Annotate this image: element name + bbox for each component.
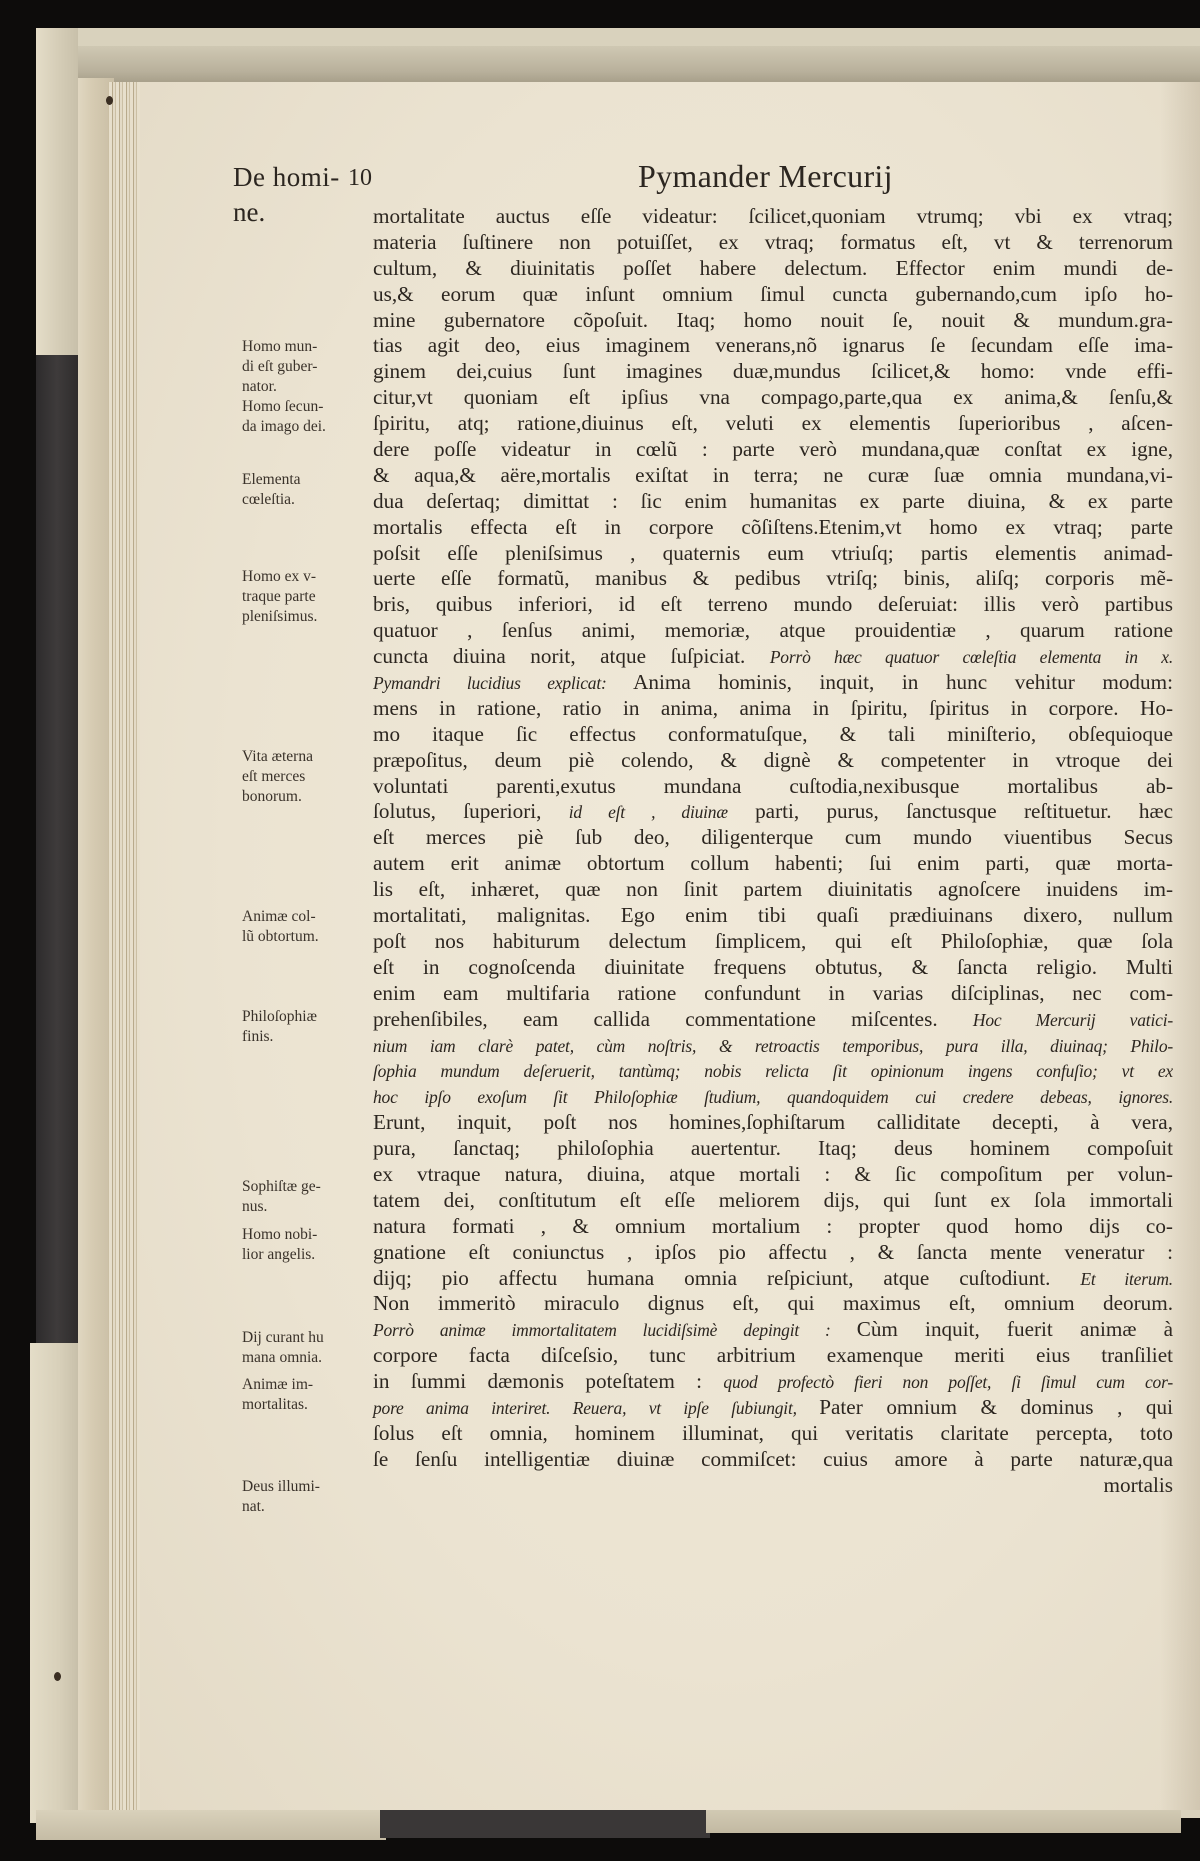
text-line: materia ſuſtinere non potuiſſet, ex vtra… (373, 230, 1173, 256)
margin-note-line: mana omnia. (242, 1348, 362, 1368)
margin-note: Dij curant humana omnia. (242, 1328, 362, 1368)
italic-commentary: Porrò hæc quatuor cœleſtia elementa in x… (770, 647, 1173, 667)
text-line: dijq; pio affectu humana omnia reſpiciun… (373, 1266, 1173, 1292)
stacked-page-edges (108, 82, 142, 1814)
binding-hole (54, 1672, 61, 1681)
text-line: ſolutus, ſuperiori, id eſt , diuinæ part… (373, 799, 1173, 825)
text-segment: dere poſſe videatur in cœlũ : parte verò… (373, 437, 1173, 461)
margin-note: Animæ col-lũ obtortum. (242, 907, 362, 947)
text-line: uerte eſſe formatũ, manibus & pedibus vt… (373, 566, 1173, 592)
margin-note-line: Elementa (242, 470, 362, 490)
text-segment: pura, ſanctaq; philoſophia auertentur. I… (373, 1136, 1173, 1160)
text-segment: mens in ratione, ratio in anima, anima i… (373, 696, 1173, 720)
margin-note-line: nat. (242, 1497, 362, 1517)
text-segment: dijq; pio affectu humana omnia reſpiciun… (373, 1266, 1080, 1290)
text-segment: prehenſibiles, eam callida commentatione… (373, 1007, 973, 1031)
italic-commentary: hoc ipſo exoſum ſit Philoſophiæ ſtudium,… (373, 1087, 1173, 1107)
text-line: in ſummi dæmonis poteſtatem : quod profe… (373, 1369, 1173, 1395)
margin-note-line: Homo nobi- (242, 1225, 362, 1245)
text-line: ex vtraque natura, diuina, atque mortali… (373, 1162, 1173, 1188)
text-segment: autem erit animæ obtortum collum habenti… (373, 851, 1173, 875)
page-title: Pymander Mercurij (638, 158, 893, 195)
text-line: ginem dei,cuius ſunt imagines duæ,mundus… (373, 359, 1173, 385)
italic-commentary: Porrò animæ immortalitatem lucidiſsimè d… (373, 1320, 857, 1340)
text-segment: poſt nos habiturum delectum ſimplicem, q… (373, 929, 1173, 953)
text-line: eſt merces piè ſub deo, diligenterque cu… (373, 825, 1173, 851)
text-segment: corpore facta diſceſsio, tunc arbitrium … (373, 1343, 1173, 1367)
text-segment: eſt in cognoſcenda diuinitate frequens o… (373, 955, 1173, 979)
text-line: ſe ſenſu intelligentiæ diuinæ commiſcet:… (373, 1447, 1173, 1473)
text-segment: in ſummi dæmonis poteſtatem : (373, 1369, 723, 1393)
margin-note: Philoſophiæfinis. (242, 1007, 362, 1047)
italic-commentary: nium iam clarè patet, cùm noſtris, & ret… (373, 1036, 1173, 1056)
margin-note: Deus illumi-nat. (242, 1477, 362, 1517)
italic-commentary: Hoc Mercurij vatici- (973, 1010, 1173, 1030)
margin-note-line: Deus illumi- (242, 1477, 362, 1497)
text-segment: ſolutus, ſuperiori, (373, 799, 569, 823)
margin-note-line: lior angelis. (242, 1245, 362, 1265)
cover-top-edge (70, 46, 1200, 82)
text-segment: tias agit deo, eius imaginem venerans,nõ… (373, 333, 1173, 357)
margin-note: Homo mun-di eſt guber-nator. (242, 337, 362, 397)
margin-note-line: nator. (242, 377, 362, 397)
margin-note-line: bonorum. (242, 787, 362, 807)
text-line: poſt nos habiturum delectum ſimplicem, q… (373, 929, 1173, 955)
text-line: poſsit eſſe pleniſsimus , quaternis eum … (373, 541, 1173, 567)
italic-commentary: id eſt , diuinæ (569, 802, 728, 822)
text-line: autem erit animæ obtortum collum habenti… (373, 851, 1173, 877)
margin-note-line: nus. (242, 1197, 362, 1217)
margin-note: Animæ im-mortalitas. (242, 1375, 362, 1415)
text-line: mine gubernatore cõpoſuit. Itaq; homo no… (373, 308, 1173, 334)
margin-note: Sophiſtæ ge-nus. (242, 1177, 362, 1217)
text-segment: uerte eſſe formatũ, manibus & pedibus vt… (373, 566, 1173, 590)
text-line: ſpiritu, atq; ratione,diuinus eſt, velut… (373, 411, 1173, 437)
italic-commentary: Pymandri lucidius explicat: (373, 673, 633, 693)
text-segment: Pater omnium & dominus , qui (819, 1395, 1173, 1419)
margin-note-line: Homo ex v- (242, 567, 362, 587)
margin-note-line: lũ obtortum. (242, 927, 362, 947)
text-line: voluntati parenti,exutus mundana cuſtodi… (373, 774, 1173, 800)
text-line: Pymandri lucidius explicat: Anima homini… (373, 670, 1173, 696)
text-line: pore anima interiret. Reuera, vt ipſe ſu… (373, 1395, 1173, 1421)
text-segment: Cùm inquit, fuerit animæ à (857, 1317, 1173, 1341)
margin-note-line: pleniſsimus. (242, 607, 362, 627)
margin-note-line: Vita æterna (242, 747, 362, 767)
book-page: De homi- 10 Pymander Mercurij ne. mortal… (140, 82, 1200, 1810)
text-line: Porrò animæ immortalitatem lucidiſsimè d… (373, 1317, 1173, 1343)
text-segment: us,& eorum quæ inſunt omnium ſimul cunct… (373, 282, 1173, 306)
text-line: Non immeritò miraculo dignus eſt, qui ma… (373, 1291, 1173, 1317)
text-segment: enim eam multifaria ratione confundunt i… (373, 981, 1173, 1005)
text-segment: cuncta diuina norit, atque ſuſpiciat. (373, 644, 770, 668)
text-segment: Anima hominis, inquit, in hunc vehitur m… (633, 670, 1173, 694)
text-line: hoc ipſo exoſum ſit Philoſophiæ ſtudium,… (373, 1084, 1173, 1110)
section-label-continued: ne. (233, 197, 265, 228)
text-segment: tatem dei, conſtitutum eſt eſſe meliorem… (373, 1188, 1173, 1212)
text-line: ſophia mundum deſeruerit, tantùmq; nobis… (373, 1058, 1173, 1084)
text-segment: voluntati parenti,exutus mundana cuſtodi… (373, 774, 1173, 798)
text-line: prehenſibiles, eam callida commentatione… (373, 1007, 1173, 1033)
text-segment: ſe ſenſu intelligentiæ diuinæ commiſcet:… (373, 1447, 1173, 1471)
text-segment: natura formati , & omnium mortalium : pr… (373, 1214, 1173, 1238)
text-line: bris, quibus inferiori, id eſt terreno m… (373, 592, 1173, 618)
text-segment: mortalitati, malignitas. Ego enim tibi q… (373, 903, 1173, 927)
margin-note-line: Sophiſtæ ge- (242, 1177, 362, 1197)
margin-note: Vita æternaeſt mercesbonorum. (242, 747, 362, 807)
text-segment: & aqua,& aëre,mortalis exiſtat in terra;… (373, 463, 1173, 487)
text-line: enim eam multifaria ratione confundunt i… (373, 981, 1173, 1007)
cover-bottom-dark-patch (380, 1808, 710, 1838)
running-head: De homi- 10 Pymander Mercurij (140, 162, 1200, 202)
text-line: nium iam clarè patet, cùm noſtris, & ret… (373, 1033, 1173, 1059)
italic-commentary: pore anima interiret. Reuera, vt ipſe ſu… (373, 1398, 819, 1418)
margin-note-line: traque parte (242, 587, 362, 607)
text-line: natura formati , & omnium mortalium : pr… (373, 1214, 1173, 1240)
text-segment: mortalis effecta eſt in corpore cõſiſten… (373, 515, 1173, 539)
text-line: corpore facta diſceſsio, tunc arbitrium … (373, 1343, 1173, 1369)
text-segment: ex vtraque natura, diuina, atque mortali… (373, 1162, 1173, 1186)
text-line: tias agit deo, eius imaginem venerans,nõ… (373, 333, 1173, 359)
text-segment: Erunt, inquit, poſt nos homines,ſophiſta… (373, 1110, 1173, 1134)
margin-note-line: Philoſophiæ (242, 1007, 362, 1027)
text-line: mortalitate auctus eſſe videatur: ſcilic… (373, 204, 1173, 230)
text-segment: Non immeritò miraculo dignus eſt, qui ma… (373, 1291, 1173, 1315)
text-segment: præpoſitus, deum piè colendo, & dignè & … (373, 748, 1173, 772)
text-segment: ſpiritu, atq; ratione,diuinus eſt, velut… (373, 411, 1173, 435)
text-line: mortalitati, malignitas. Ego enim tibi q… (373, 903, 1173, 929)
text-line: mo itaque ſic effectus conformatuſque, &… (373, 722, 1173, 748)
text-segment: poſsit eſſe pleniſsimus , quaternis eum … (373, 541, 1173, 565)
text-line: tatem dei, conſtitutum eſt eſſe meliorem… (373, 1188, 1173, 1214)
text-segment: citur,vt quoniam eſt ipſius vna compago,… (373, 385, 1173, 409)
spine-vellum-upper (36, 28, 78, 358)
text-segment: mortalitate auctus eſſe videatur: ſcilic… (373, 204, 1173, 228)
margin-note-line: mortalitas. (242, 1395, 362, 1415)
text-segment: eſt merces piè ſub deo, diligenterque cu… (373, 825, 1173, 849)
catchword: mortalis (373, 1473, 1173, 1499)
text-segment: materia ſuſtinere non potuiſſet, ex vtra… (373, 230, 1173, 254)
text-line: us,& eorum quæ inſunt omnium ſimul cunct… (373, 282, 1173, 308)
text-line: mortalis effecta eſt in corpore cõſiſten… (373, 515, 1173, 541)
text-line: lis eſt, inhæret, quæ non ſinit partem d… (373, 877, 1173, 903)
text-segment: lis eſt, inhæret, quæ non ſinit partem d… (373, 877, 1173, 901)
text-line: dua deſertaq; dimittat : ſic enim humani… (373, 489, 1173, 515)
text-segment: ſolus eſt omnia, hominem illuminat, qui … (373, 1421, 1173, 1445)
margin-note-line: di eſt guber- (242, 357, 362, 377)
margin-note: Homo ex v-traque partepleniſsimus. (242, 567, 362, 627)
text-line: præpoſitus, deum piè colendo, & dignè & … (373, 748, 1173, 774)
text-line: cultum, & diuinitatis poſſet habere dele… (373, 256, 1173, 282)
text-segment: quatuor , ſenſus animi, memoriæ, atque p… (373, 618, 1173, 642)
text-segment: mine gubernatore cõpoſuit. Itaq; homo no… (373, 308, 1173, 332)
text-segment: gnatione eſt coniunctus , ipſos pio affe… (373, 1240, 1173, 1264)
text-line: citur,vt quoniam eſt ipſius vna compago,… (373, 385, 1173, 411)
text-segment: cultum, & diuinitatis poſſet habere dele… (373, 256, 1173, 280)
margin-note: Homo ſecun-da imago dei. (242, 397, 362, 437)
text-line: Erunt, inquit, poſt nos homines,ſophiſta… (373, 1110, 1173, 1136)
text-segment: mo itaque ſic effectus conformatuſque, &… (373, 722, 1173, 746)
margin-note-line: eſt merces (242, 767, 362, 787)
text-line: ſolus eſt omnia, hominem illuminat, qui … (373, 1421, 1173, 1447)
spine-vellum-lower (30, 1343, 78, 1823)
margin-note-line: da imago dei. (242, 417, 362, 437)
text-line: & aqua,& aëre,mortalis exiſtat in terra;… (373, 463, 1173, 489)
margin-note: Homo nobi-lior angelis. (242, 1225, 362, 1265)
italic-commentary: ſophia mundum deſeruerit, tantùmq; nobis… (373, 1061, 1173, 1081)
text-line: mens in ratione, ratio in anima, anima i… (373, 696, 1173, 722)
text-line: quatuor , ſenſus animi, memoriæ, atque p… (373, 618, 1173, 644)
margin-note-line: cœleſtia. (242, 490, 362, 510)
text-line: eſt in cognoſcenda diuinitate frequens o… (373, 955, 1173, 981)
text-segment: dua deſertaq; dimittat : ſic enim humani… (373, 489, 1173, 513)
margin-note-line: Homo mun- (242, 337, 362, 357)
italic-commentary: Et iterum. (1080, 1269, 1173, 1289)
margin-note-line: finis. (242, 1027, 362, 1047)
margin-note-line: Animæ im- (242, 1375, 362, 1395)
margin-note-line: Dij curant hu (242, 1328, 362, 1348)
text-line: cuncta diuina norit, atque ſuſpiciat. Po… (373, 644, 1173, 670)
margin-note: Elementacœleſtia. (242, 470, 362, 510)
margin-note-line: Homo ſecun- (242, 397, 362, 417)
binding-hole (106, 96, 113, 105)
text-line: gnatione eſt coniunctus , ipſos pio affe… (373, 1240, 1173, 1266)
section-label: De homi- (233, 162, 340, 193)
body-text: mortalitate auctus eſſe videatur: ſcilic… (373, 204, 1173, 1499)
page-number: 10 (348, 165, 372, 192)
spine-dark-leather (36, 355, 78, 1345)
italic-commentary: quod profectò fieri non poſſet, ſi ſimul… (723, 1372, 1173, 1392)
margin-note-line: Animæ col- (242, 907, 362, 927)
cover-bottom-edge-left (36, 1810, 386, 1840)
text-segment: bris, quibus inferiori, id eſt terreno m… (373, 592, 1173, 616)
text-segment: ginem dei,cuius ſunt imagines duæ,mundus… (373, 359, 1173, 383)
text-line: dere poſſe videatur in cœlũ : parte verò… (373, 437, 1173, 463)
text-segment: parti, purus, ſanctusque reſtituetur. hæ… (728, 799, 1173, 823)
text-line: pura, ſanctaq; philoſophia auertentur. I… (373, 1136, 1173, 1162)
